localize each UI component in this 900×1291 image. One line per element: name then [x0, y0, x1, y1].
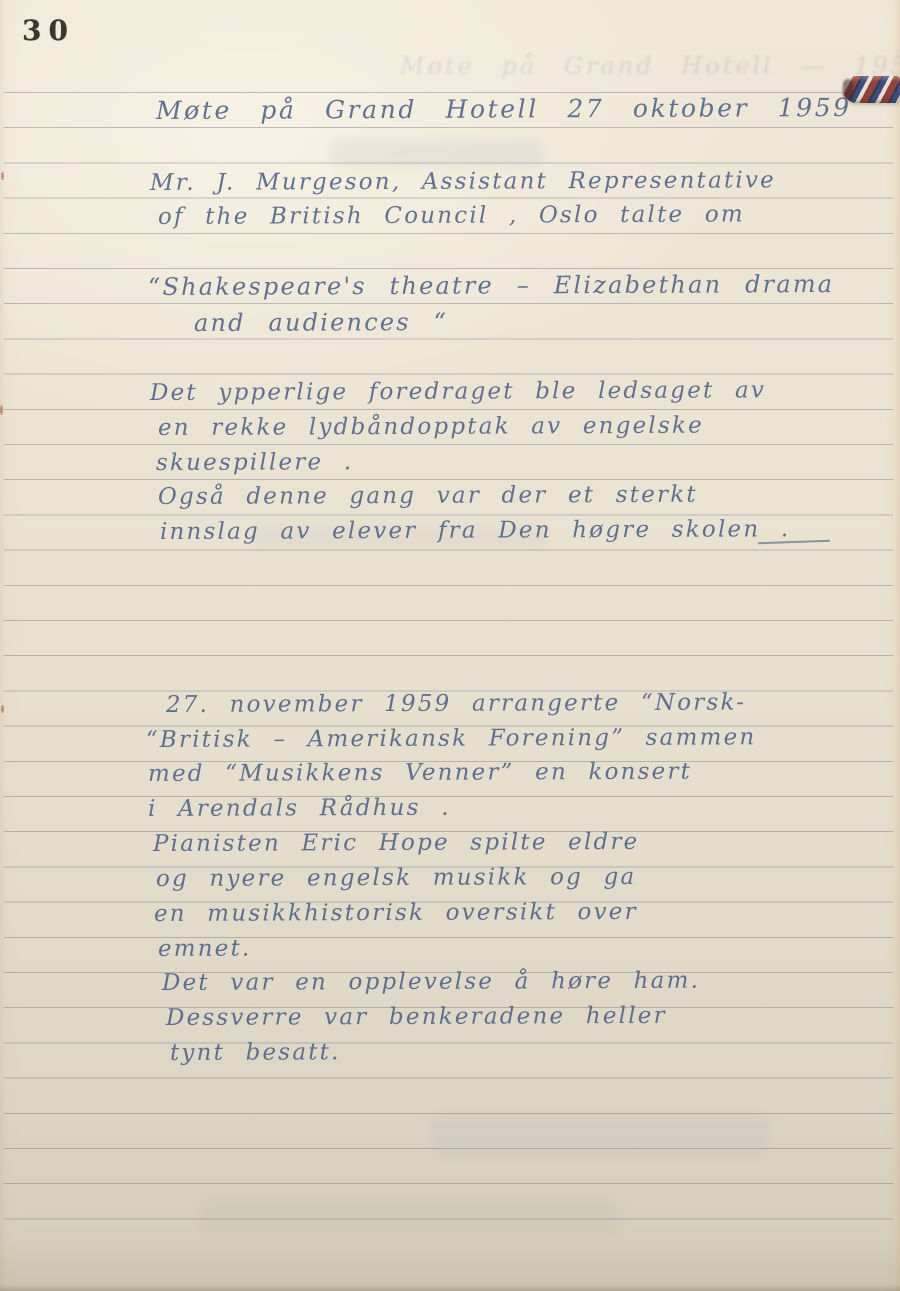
- handwritten-line: tynt besatt.: [170, 1039, 341, 1066]
- handwritten-line: Mr. J. Murgeson, Assistant Representativ…: [150, 167, 776, 196]
- handwritten-line: skuespillere .: [156, 449, 354, 476]
- ink-bleed-smudge: [330, 140, 545, 166]
- page-edge-speck: [1, 172, 4, 180]
- handwritten-line: og nyere engelsk musikk og ga: [156, 864, 637, 892]
- handwritten-line: Dessverre var benkeradene heller: [166, 1003, 667, 1031]
- handwritten-line: “Shakespeare's theatre – Elizabethan dra…: [148, 270, 834, 301]
- page-bottom-edge: [0, 1285, 900, 1291]
- handwritten-line: en rekke lydbåndopptak av engelske: [158, 413, 704, 441]
- handwritten-line: Det ypperlige foredraget ble ledsaget av: [150, 377, 766, 406]
- ink-bleed-smudge: [430, 1115, 770, 1157]
- handwritten-line: 27. november 1959 arrangerte “Norsk-: [166, 689, 746, 718]
- ruled-lines: [4, 92, 893, 1220]
- handwritten-line: Det var en opplevelse å høre ham.: [162, 968, 700, 996]
- handwritten-line: Også denne gang var der et sterkt: [158, 482, 698, 510]
- handwritten-line: and audiences “: [194, 308, 448, 337]
- handwritten-line: med “Musikkens Venner” en konsert: [148, 759, 692, 787]
- page-number: 30: [22, 14, 75, 47]
- handwritten-line: emnet.: [158, 936, 252, 962]
- page-edge-speck: [0, 405, 3, 415]
- page-edge-speck: [1, 705, 4, 713]
- ink-bleed-smudge: [200, 1200, 620, 1234]
- notebook-page-scan: 30 Møte på Grand Hotell — 1959 Møte på G…: [0, 0, 900, 1291]
- handwritten-line: en musikkhistorisk oversikt over: [154, 899, 638, 927]
- handwritten-heading: Møte på Grand Hotell 27 oktober 1959: [156, 93, 852, 125]
- handwritten-line: Pianisten Eric Hope spilte eldre: [153, 829, 640, 857]
- handwritten-line: innslag av elever fra Den høgre skolen .: [160, 516, 790, 545]
- handwritten-line: of the British Council , Oslo talte om: [158, 201, 745, 230]
- handwritten-line: i Arendals Rådhus .: [148, 795, 451, 822]
- handwritten-line: “Britisk – Amerikansk Forening” sammen: [146, 724, 757, 753]
- bleed-through-text: Møte på Grand Hotell — 1959: [400, 52, 900, 80]
